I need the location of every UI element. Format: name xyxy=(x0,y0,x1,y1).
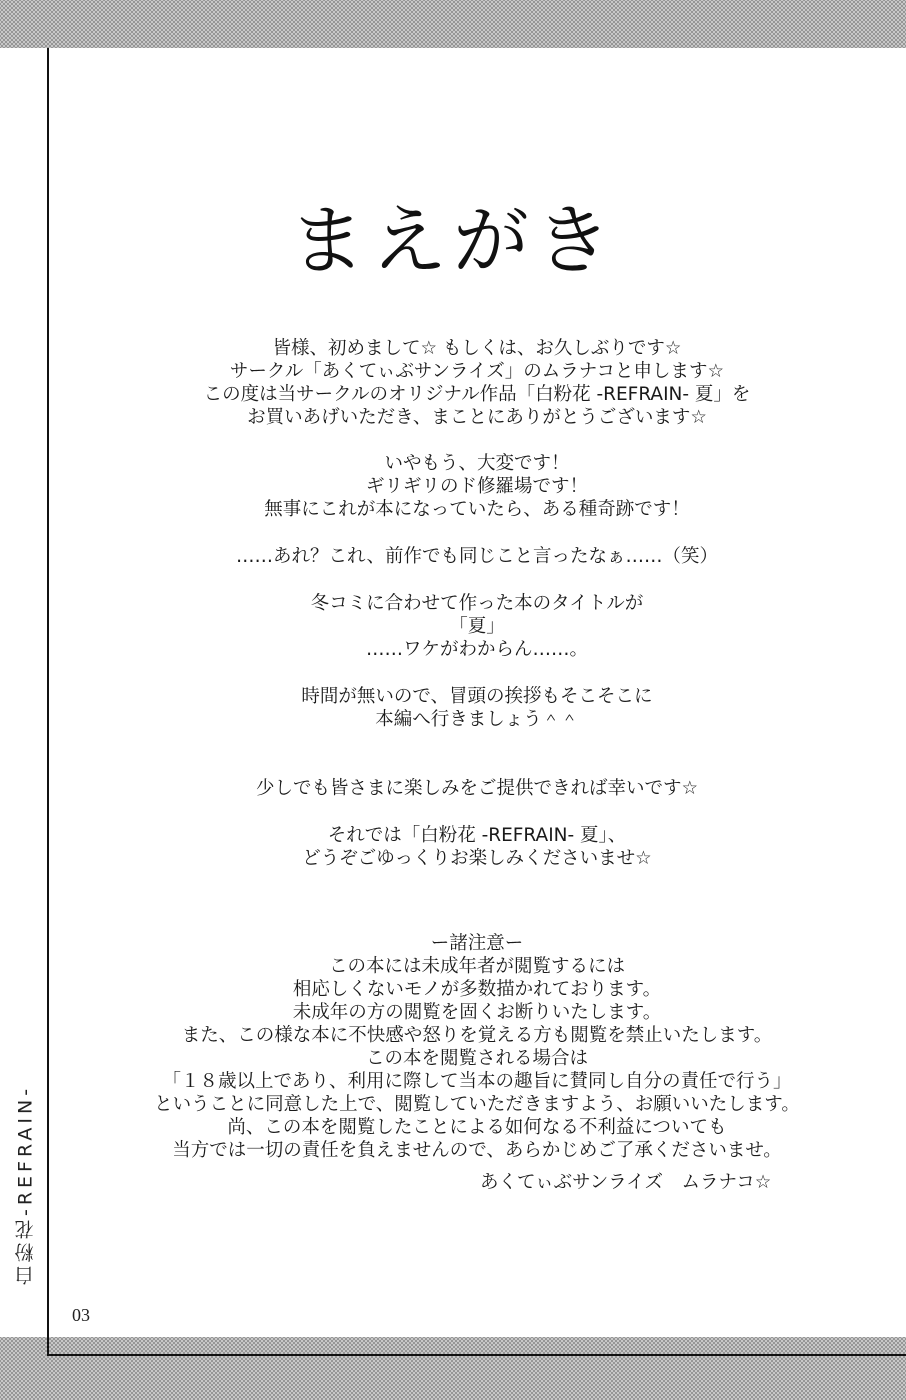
text-line: 無事にこれが本になっていたら、ある種奇跡です！ xyxy=(48,498,906,521)
text-line: 少しでも皆さまに楽しみをご提供できれば幸いです☆ xyxy=(48,777,906,800)
page-number: 03 xyxy=(72,1305,90,1326)
text-line: 時間が無いので、冒頭の挨拶もそこそこに xyxy=(48,685,906,708)
text-line: ……あれ？これ、前作でも同じこと言ったなぁ……（笑） xyxy=(48,545,906,568)
notice-line: 当方では一切の責任を負えませんので、あらかじめご了承くださいませ。 xyxy=(48,1139,906,1162)
text-line: それでは「白粉花 -REFRAIN- 夏」、 xyxy=(48,824,906,847)
text-line: ……ワケがわからん……。 xyxy=(48,638,906,661)
page-title: まえがき xyxy=(0,180,906,289)
text-line: 皆様、初めまして☆ もしくは、お久しぶりです☆ xyxy=(48,337,906,360)
paragraph-enjoy: それでは「白粉花 -REFRAIN- 夏」、 どうぞごゆっくりお楽しみくださいま… xyxy=(48,824,906,870)
preface-body: 皆様、初めまして☆ もしくは、お久しぶりです☆ サークル「あくてぃぶサンライズ」… xyxy=(48,337,906,1162)
top-halftone-band xyxy=(0,0,906,48)
paragraph-hope: 少しでも皆さまに楽しみをご提供できれば幸いです☆ xyxy=(48,777,906,800)
author-signature: あくてぃぶサンライズ ムラナコ☆ xyxy=(480,1168,771,1194)
spine-title: 白粉花-REFRAIN- xyxy=(12,1060,38,1285)
text-line: どうぞごゆっくりお楽しみくださいませ☆ xyxy=(48,847,906,870)
notice-line: また、この様な本に不快感や怒りを覚える方も閲覧を禁止いたします。 xyxy=(48,1024,906,1047)
notice-line: 尚、この本を閲覧したことによる如何なる不利益についても xyxy=(48,1116,906,1139)
paragraph-no-time: 時間が無いので、冒頭の挨拶もそこそこに 本編へ行きましょう＾＾ xyxy=(48,685,906,731)
text-line: 本編へ行きましょう＾＾ xyxy=(48,708,906,731)
notice-heading: ー諸注意ー xyxy=(48,932,906,955)
text-line: サークル「あくてぃぶサンライズ」のムラナコと申します☆ xyxy=(48,360,906,383)
paragraph-aside: ……あれ？これ、前作でも同じこと言ったなぁ……（笑） xyxy=(48,545,906,568)
notice-line: 未成年の方の閲覧を固くお断りいたします。 xyxy=(48,1001,906,1024)
text-line: いやもう、大変です！ xyxy=(48,452,906,475)
paragraph-greeting: 皆様、初めまして☆ もしくは、お久しぶりです☆ サークル「あくてぃぶサンライズ」… xyxy=(48,337,906,429)
notice-line: ということに同意した上で、閲覧していただきますよう、お願いいたします。 xyxy=(48,1093,906,1116)
bottom-halftone-band xyxy=(0,1337,906,1400)
bottom-border-line xyxy=(47,1354,906,1356)
text-line: 冬コミに合わせて作った本のタイトルが xyxy=(48,592,906,615)
text-line: 「夏」 xyxy=(48,615,906,638)
notice-section: ー諸注意ー この本には未成年者が閲覧するには 相応しくないモノが多数描かれており… xyxy=(48,932,906,1162)
notice-line: 「１８歳以上であり、利用に際して当本の趣旨に賛同し自分の責任で行う」 xyxy=(48,1070,906,1093)
notice-line: この本を閲覧される場合は xyxy=(48,1047,906,1070)
notice-line: 相応しくないモノが多数描かれております。 xyxy=(48,978,906,1001)
text-line: この度は当サークルのオリジナル作品「白粉花 -REFRAIN- 夏」を xyxy=(48,383,906,406)
text-line: お買いあげいただき、まことにありがとうございます☆ xyxy=(48,406,906,429)
text-line: ギリギリのド修羅場です！ xyxy=(48,475,906,498)
paragraph-deadline: いやもう、大変です！ ギリギリのド修羅場です！ 無事にこれが本になっていたら、あ… xyxy=(48,452,906,521)
paragraph-title-note: 冬コミに合わせて作った本のタイトルが 「夏」 ……ワケがわからん……。 xyxy=(48,592,906,661)
notice-line: この本には未成年者が閲覧するには xyxy=(48,955,906,978)
